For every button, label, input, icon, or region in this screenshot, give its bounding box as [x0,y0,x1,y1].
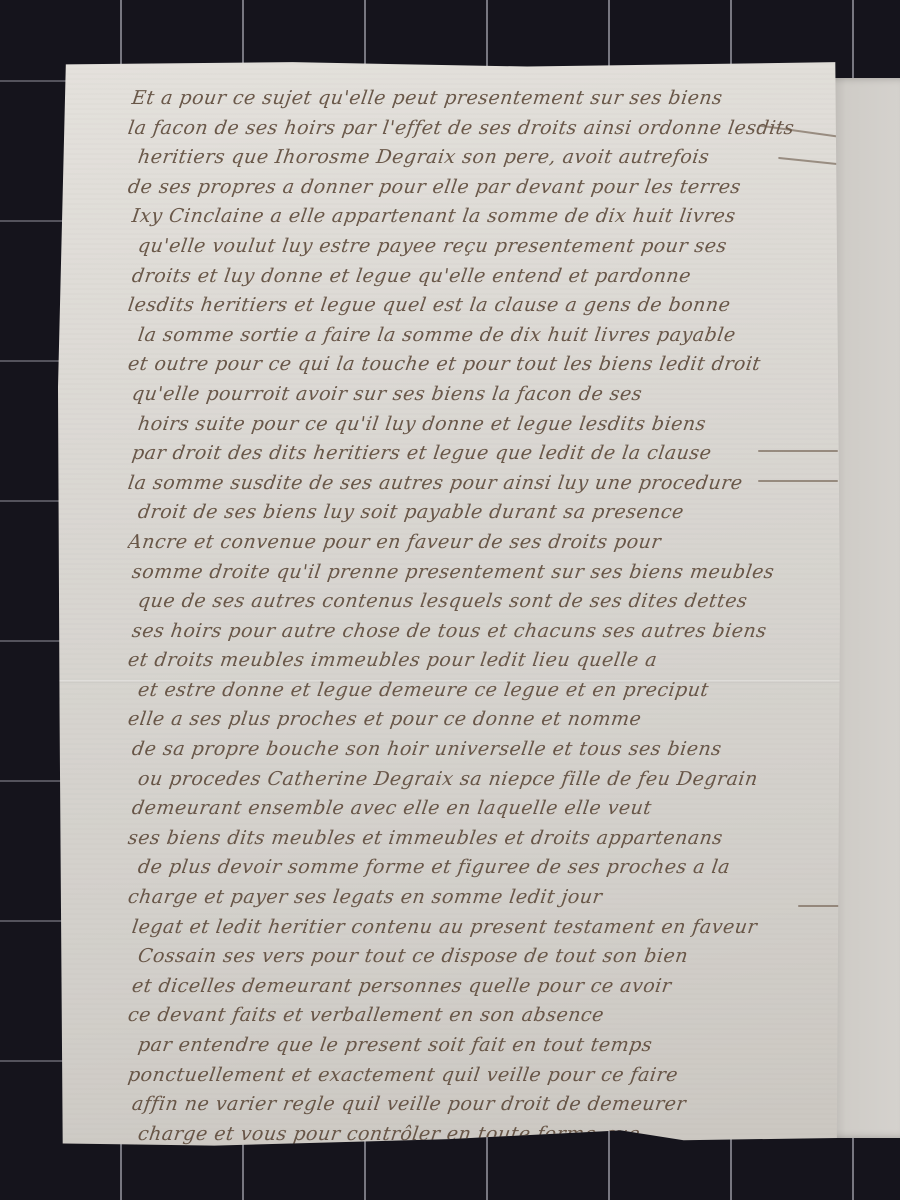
adjacent-page-edge [830,78,900,1138]
text-line: droits et luy donne et legue qu'elle ent… [126,262,820,292]
text-line: qu'elle pourroit avoir sur ses biens la … [126,380,820,410]
text-line: lesdits heritiers et legue quel est la c… [126,291,820,321]
text-line: la facon de ses hoirs par l'effet de ses… [126,114,820,144]
manuscript-page: Et a pour ce sujet qu'elle peut presente… [58,60,840,1150]
text-line: ses biens dits meubles et immeubles et d… [126,824,820,854]
line-end-flourish [758,450,838,452]
text-line: Ixy Cinclaine a elle appartenant la somm… [126,202,820,232]
text-line: par droit des dits heritiers et legue qu… [126,439,820,469]
text-line: ses hoirs pour autre chose de tous et ch… [126,617,820,647]
text-line: Ancre et convenue pour en faveur de ses … [126,528,820,558]
text-line: somme droite qu'il prenne presentement s… [126,558,820,588]
text-line: qu'elle voulut luy estre payee reçu pres… [126,232,820,262]
text-line: Cossain ses vers pour tout ce dispose de… [126,942,820,972]
text-line: legat et ledit heritier contenu au prese… [126,913,820,943]
text-line: la somme sortie a faire la somme de dix … [126,321,820,351]
text-line: et droits meubles immeubles pour ledit l… [126,646,820,676]
photo-scene: Et a pour ce sujet qu'elle peut presente… [0,0,900,1200]
text-line: la somme susdite de ses autres pour ains… [126,469,820,499]
text-line: ou procedes Catherine Degraix sa niepce … [126,765,820,795]
text-line: ponctuellement et exactement quil veille… [126,1061,820,1091]
text-line: par entendre que le present soit fait en… [126,1031,820,1061]
text-line: de plus devoir somme forme et figuree de… [126,853,820,883]
handwritten-text: Et a pour ce sujet qu'elle peut presente… [128,84,818,1179]
text-line: et outre pour ce qui la touche et pour t… [126,350,820,380]
text-line: heritiers que Ihorosme Degraix son pere,… [126,143,820,173]
text-line: affin ne varier regle quil veille pour d… [126,1090,820,1120]
text-line: et dicelles demeurant personnes quelle p… [126,972,820,1002]
text-line: ce devant faits et verballement en son a… [126,1001,820,1031]
text-line: Et a pour ce sujet qu'elle peut presente… [126,84,820,114]
text-line: et estre donne et legue demeure ce legue… [126,676,820,706]
text-line: droit de ses biens luy soit payable dura… [126,498,820,528]
text-line: hoirs suite pour ce qu'il luy donne et l… [126,410,820,440]
text-line: elle a ses plus proches et pour ce donne… [126,705,820,735]
text-line: de sa propre bouche son hoir universelle… [126,735,820,765]
text-line: charge et payer ses legats en somme ledi… [126,883,820,913]
line-end-flourish [758,480,838,482]
text-line: que de ses autres contenus lesquels sont… [126,587,820,617]
text-line: lesdits presens de tous biens voulant pr… [126,1149,820,1179]
text-line: charge et vous pour contrôler en toute f… [126,1120,820,1150]
text-line: demeurant ensemble avec elle en laquelle… [126,794,820,824]
text-line: de ses propres a donner pour elle par de… [126,173,820,203]
